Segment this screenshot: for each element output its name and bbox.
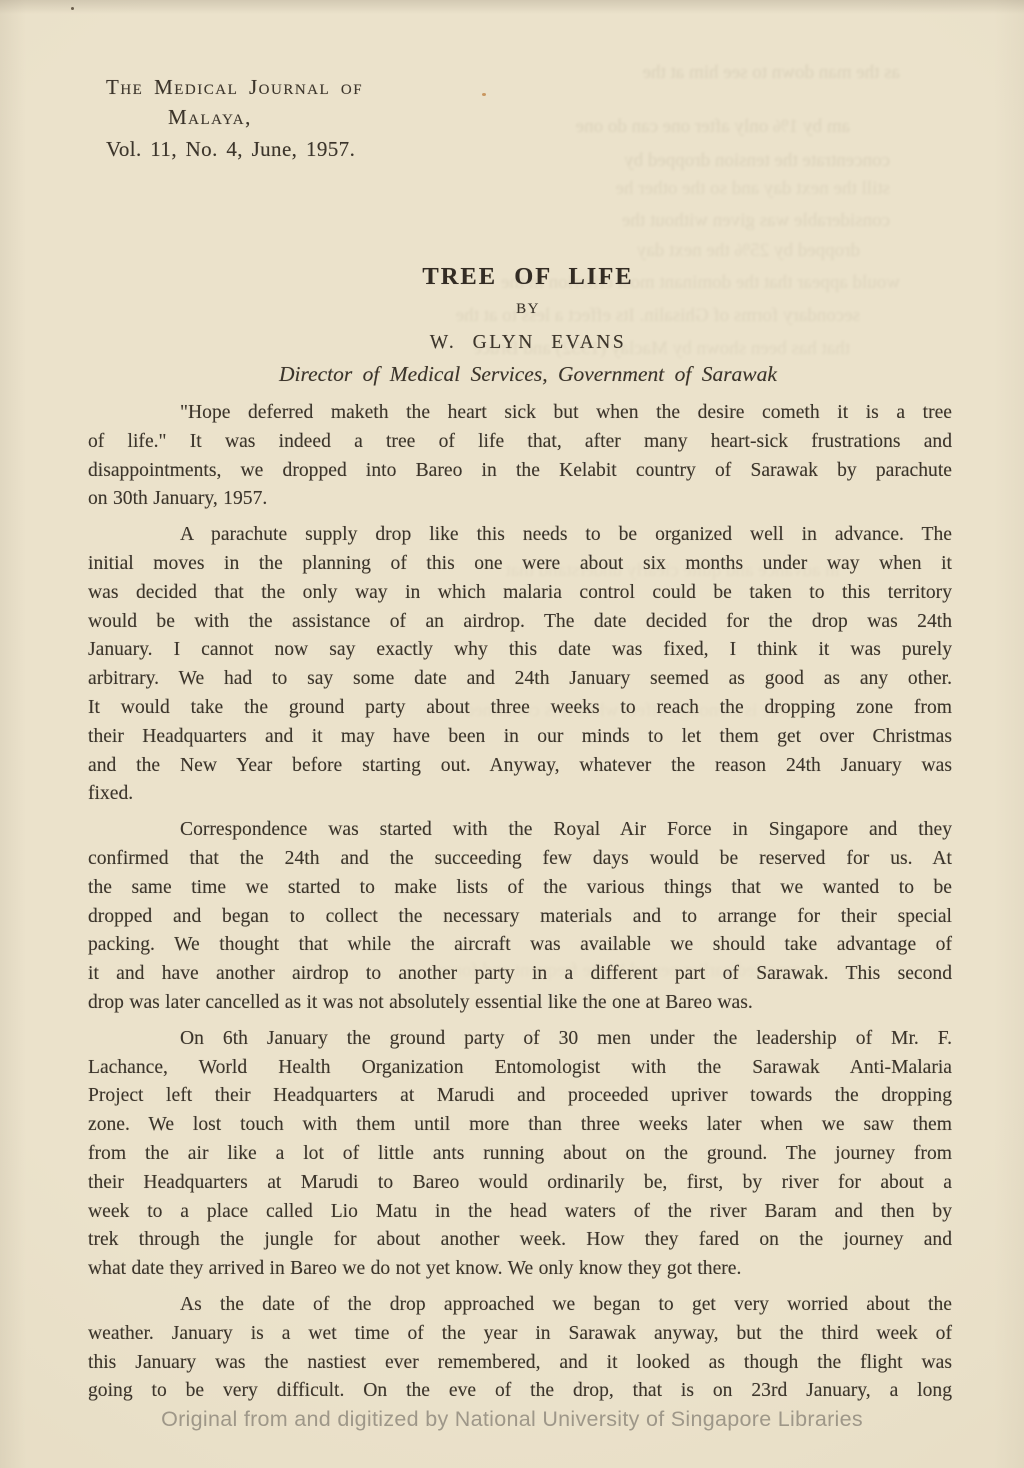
article-body: "Hope deferred maketh the heart sick but… — [88, 399, 952, 1413]
text-line: fixed. — [88, 780, 952, 809]
paper-speck — [71, 7, 74, 10]
text-line: what date they arrived in Bareo we do no… — [88, 1255, 952, 1284]
text-line: their Headquarters at Marudi to Bareo wo… — [88, 1169, 952, 1198]
text-line: weather. January is a wet time of the ye… — [88, 1320, 952, 1349]
scanned-journal-page: as the man down to see him at theam by 1… — [0, 0, 1024, 1468]
text-line: going to be very difficult. On the eve o… — [88, 1377, 952, 1406]
text-line: January. I cannot now say exactly why th… — [88, 636, 952, 665]
show-through-text: concentrate the tension dropped by — [470, 150, 890, 174]
text-line: on 30th January, 1957. — [88, 485, 952, 514]
text-line: As the date of the drop approached we be… — [88, 1291, 952, 1320]
show-through-text: am by 1% only after one can do one — [520, 116, 850, 140]
text-line: this January was the nastiest ever remem… — [88, 1349, 952, 1378]
paper-speck — [482, 93, 486, 96]
paragraph: As the date of the drop approached we be… — [88, 1291, 952, 1406]
text-line: drop was later cancelled as it was not a… — [88, 989, 952, 1018]
article-title: TREE OF LIFE — [104, 262, 952, 292]
text-line: of life." It was indeed a tree of life t… — [88, 428, 952, 457]
text-line: confirmed that the 24th and the succeedi… — [88, 845, 952, 874]
text-line: Lachance, World Health Organization Ento… — [88, 1054, 952, 1083]
byline-label: BY — [104, 299, 952, 319]
author-affiliation: Director of Medical Services, Government… — [104, 360, 952, 388]
text-line: dropped and began to collect the necessa… — [88, 903, 952, 932]
journal-masthead: The Medical Journal of Malaya, Vol. 11, … — [106, 72, 363, 164]
text-line: from the air like a lot of little ants r… — [88, 1140, 952, 1169]
show-through-text: still the next day and so the other he — [440, 178, 890, 202]
text-line: "Hope deferred maketh the heart sick but… — [88, 399, 952, 428]
text-line: was decided that the only way in which m… — [88, 579, 952, 608]
paragraph: "Hope deferred maketh the heart sick but… — [88, 399, 952, 514]
article-header: TREE OF LIFE BY W. GLYN EVANS Director o… — [88, 262, 952, 388]
text-line: On 6th January the ground party of 30 me… — [88, 1025, 952, 1054]
journal-volume-info: Vol. 11, No. 4, June, 1957. — [106, 134, 363, 164]
text-line: trek through the jungle for about anothe… — [88, 1226, 952, 1255]
text-line: and the New Year before starting out. An… — [88, 752, 952, 781]
text-line: initial moves in the planning of this on… — [88, 550, 952, 579]
text-line: A parachute supply drop like this needs … — [88, 521, 952, 550]
text-line: arbitrary. We had to say some date and 2… — [88, 665, 952, 694]
text-line: Correspondence was started with the Roya… — [88, 816, 952, 845]
paragraph: Correspondence was started with the Roya… — [88, 816, 952, 1018]
text-line: week to a place called Lio Matu in the h… — [88, 1198, 952, 1227]
journal-title-line2: Malaya, — [168, 102, 363, 132]
text-line: zone. We lost touch with them until more… — [88, 1111, 952, 1140]
text-line: It would take the ground party about thr… — [88, 694, 952, 723]
show-through-text: considerable was given without the — [470, 210, 890, 234]
text-line: Project left their Headquarters at Marud… — [88, 1082, 952, 1111]
text-line: would be with the assistance of an airdr… — [88, 608, 952, 637]
journal-title-line1: The Medical Journal of — [106, 72, 363, 102]
show-through-text: as the man down to see him at the — [530, 62, 900, 86]
paragraph: A parachute supply drop like this needs … — [88, 521, 952, 809]
text-line: it and have another airdrop to another p… — [88, 960, 952, 989]
digitization-watermark: Original from and digitized by National … — [0, 1406, 1024, 1432]
text-line: disappointments, we dropped into Bareo i… — [88, 457, 952, 486]
text-line: packing. We thought that while the aircr… — [88, 931, 952, 960]
text-line: the same time we started to make lists o… — [88, 874, 952, 903]
author-name: W. GLYN EVANS — [104, 331, 952, 355]
text-line: their Headquarters and it may have been … — [88, 723, 952, 752]
paragraph: On 6th January the ground party of 30 me… — [88, 1025, 952, 1284]
show-through-text: dropped by 25% the next day — [500, 240, 860, 264]
